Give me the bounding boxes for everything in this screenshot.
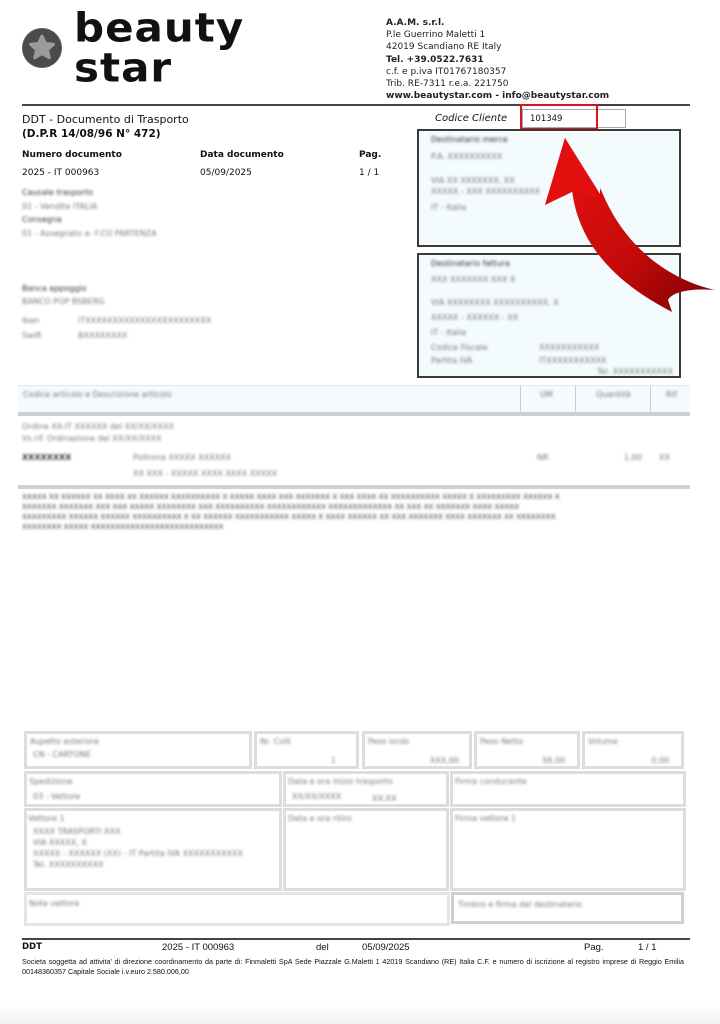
note-line: XXXXXXX XXXXXXX XXX XXX XXXXX XXXXXXXX X… bbox=[22, 502, 690, 512]
brand-logo: beauty star bbox=[22, 26, 342, 70]
footer-del-label: del bbox=[316, 942, 329, 953]
customer-order-reference: Vs.rif. Ordinazione del XX/XX/XXXX bbox=[22, 434, 162, 443]
gross-weight-value: XXX,00 bbox=[430, 756, 459, 765]
swift-value: BXXXXXXXX bbox=[78, 331, 127, 340]
item-code: XXXXXXXX bbox=[22, 453, 71, 462]
item-description-2: XX XXX - XXXXX XXXX XXXX XXXXX bbox=[133, 469, 277, 478]
note-line: XXXXX XX XXXXXX XX XXXX XX XXXXXX XXXXXX… bbox=[22, 492, 690, 502]
carrier-label: Vettore 1 bbox=[28, 814, 65, 823]
document-number-value: 2025 - IT 000963 bbox=[22, 168, 99, 178]
items-table-header: Codice articolo e Descrizione articolo U… bbox=[18, 385, 690, 416]
ship-to-line-2: VIA XX XXXXXXX, XX bbox=[431, 176, 515, 185]
footer-page-value: 1 / 1 bbox=[638, 942, 657, 953]
transport-start-date: XX/XX/XXXX bbox=[292, 792, 341, 801]
goods-appearance-label: Aspetto esteriore bbox=[30, 737, 99, 746]
volume-value: 0,00 bbox=[651, 756, 669, 765]
company-address-2: 42019 Scandiano RE Italy bbox=[386, 41, 609, 53]
shipping-label: Spedizione bbox=[29, 777, 73, 786]
tax-code-label: Codice Fiscale bbox=[431, 343, 488, 352]
document-subtitle: (D.P.R 14/08/96 N° 472) bbox=[22, 128, 161, 140]
tax-code-value: XXXXXXXXXXX bbox=[539, 343, 599, 352]
packages-label: Nr. Colli bbox=[260, 737, 291, 746]
header-quantity: Quantità bbox=[596, 390, 631, 399]
carrier-line: XXXXX - XXXXXX (XX) - IT Partita IVA XXX… bbox=[33, 849, 243, 858]
iban-value: ITXXXXXXXXXXXXXXXXXXXXXXX bbox=[78, 316, 211, 325]
bill-to-phone: Tel. XXXXXXXXXXX bbox=[597, 367, 673, 376]
carrier-box: Vettore 1 XXXX TRASPORTI XXX VIA XXXXX, … bbox=[24, 808, 282, 891]
recipient-signature-label: Timbro e firma del destinatario bbox=[458, 900, 582, 909]
item-ref: XX bbox=[659, 453, 670, 462]
carrier-notes-box: Note vettore bbox=[24, 892, 450, 926]
page-bottom-edge bbox=[0, 1005, 720, 1024]
ship-to-line-4: IT - Italia bbox=[431, 203, 466, 212]
star-in-circle-icon bbox=[22, 28, 62, 68]
transport-info-redacted: Causale trasporto 01 - Vendita ITALIA Co… bbox=[22, 186, 157, 240]
document-date-value: 05/09/2025 bbox=[200, 168, 252, 178]
bill-to-title: Destinatario fattura bbox=[431, 259, 510, 268]
item-um: NR bbox=[537, 453, 549, 462]
customer-code-highlight bbox=[520, 104, 598, 130]
document-date-label: Data documento bbox=[200, 150, 284, 160]
company-vat: c.f. e p.iva IT01767180357 bbox=[386, 66, 609, 78]
transport-reason-label: Causale trasporto bbox=[22, 186, 157, 200]
items-divider bbox=[18, 485, 690, 489]
net-weight-label: Peso Netto bbox=[480, 737, 523, 746]
driver-signature-box: Firma conducente bbox=[450, 771, 686, 807]
column-divider bbox=[650, 386, 651, 412]
note-line: XXXXXXXXX XXXXXX XXXXXX XXXXXXXXXX X XX … bbox=[22, 512, 690, 522]
carrier-line: Tel. XXXXXXXXXX bbox=[33, 860, 104, 869]
pickup-datetime-box: Data e ora ritiro bbox=[283, 808, 449, 891]
footer-divider bbox=[22, 938, 690, 940]
order-reference: Ordine XX-IT XXXXXX del XX/XX/XXXX bbox=[22, 422, 174, 431]
transport-reason-value: 01 - Vendita ITALIA bbox=[22, 200, 157, 214]
page-value: 1 / 1 bbox=[359, 168, 379, 178]
gross-weight-label: Peso lordo bbox=[368, 737, 409, 746]
header-um: UM bbox=[540, 390, 553, 399]
document-title: DDT - Documento di Trasporto bbox=[22, 113, 189, 126]
delivery-label: Consegna bbox=[22, 213, 157, 227]
carrier-line: XXXX TRASPORTI XXX bbox=[33, 827, 120, 836]
shipping-box: Spedizione 03 - Vettore bbox=[24, 771, 282, 807]
bill-to-line-1: XXX XXXXXXX XXX X bbox=[431, 275, 515, 284]
header-ref: Rif. bbox=[666, 390, 679, 399]
item-quantity: 1,00 bbox=[624, 453, 642, 462]
volume-label: Volume bbox=[588, 737, 618, 746]
net-weight-value: 58,00 bbox=[542, 756, 565, 765]
bank-label: Banca appoggio bbox=[22, 284, 87, 293]
vat-label: Partita IVA bbox=[431, 356, 472, 365]
recipient-signature-box: Timbro e firma del destinatario bbox=[451, 892, 684, 924]
gross-weight-box: Peso lordo XXX,00 bbox=[362, 731, 472, 769]
transport-start-label: Data e ora inizio trasporto bbox=[288, 777, 393, 786]
ship-to-line-1: P.A. XXXXXXXXXX bbox=[431, 152, 502, 161]
transport-start-box: Data e ora inizio trasporto XX/XX/XXXX X… bbox=[283, 771, 449, 807]
header-description: Codice articolo e Descrizione articolo bbox=[23, 390, 172, 399]
ship-to-line-3: XXXXX - XXX XXXXXXXXXX bbox=[431, 187, 540, 196]
bill-to-line-3: XXXXX - XXXXXX - XX bbox=[431, 313, 518, 322]
brand-name: beauty star bbox=[74, 8, 342, 88]
net-weight-box: Peso Netto 58,00 bbox=[474, 731, 580, 769]
carrier-notes-label: Note vettore bbox=[29, 899, 79, 908]
company-name: A.A.M. s.r.l. bbox=[386, 17, 609, 29]
footer-date: 05/09/2025 bbox=[362, 942, 410, 953]
shipping-value: 03 - Vettore bbox=[33, 792, 80, 801]
vat-value: ITXXXXXXXXXXX bbox=[539, 356, 607, 365]
carrier-line: VIA XXXXX, X bbox=[33, 838, 87, 847]
document-number-label: Numero documento bbox=[22, 150, 122, 160]
item-description: Poltrona XXXXX XXXXXX bbox=[133, 453, 231, 462]
ship-to-title: Destinatario merce bbox=[431, 135, 508, 144]
footer-doc-number: 2025 - IT 000963 bbox=[162, 942, 234, 953]
transport-start-time: XX:XX bbox=[372, 794, 397, 803]
note-line: XXXXXXXX XXXXX XXXXXXXXXXXXXXXXXXXXXXXXX… bbox=[22, 522, 690, 532]
bill-to-line-4: IT - Italia bbox=[431, 328, 466, 337]
volume-box: Volume 0,00 bbox=[582, 731, 684, 769]
company-address-1: P.le Guerrino Maletti 1 bbox=[386, 29, 609, 41]
customer-code-label: Codice Cliente bbox=[435, 113, 507, 124]
legal-notes-redacted: XXXXX XX XXXXXX XX XXXX XX XXXXXX XXXXXX… bbox=[22, 492, 690, 532]
footer-doc-label: DDT bbox=[22, 942, 42, 952]
delivery-value: 01 - Assegnato a: F.CO PARTENZA bbox=[22, 227, 157, 241]
footer-legal-note: Societa soggetta ad attivita' di direzio… bbox=[22, 957, 684, 977]
page-label: Pag. bbox=[359, 150, 381, 160]
iban-label: Iban bbox=[22, 316, 39, 325]
company-registry: Trib. RE-7311 r.e.a. 221750 bbox=[386, 78, 609, 90]
column-divider bbox=[575, 386, 576, 412]
driver-signature-label: Firma conducente bbox=[455, 777, 527, 786]
company-phone: Tel. +39.0522.7631 bbox=[386, 54, 609, 66]
column-divider bbox=[520, 386, 521, 412]
curved-arrow-up-icon bbox=[540, 130, 720, 320]
goods-appearance-box: Aspetto esteriore CN - CARTONE bbox=[24, 731, 252, 769]
packages-box: Nr. Colli 1 bbox=[254, 731, 359, 769]
goods-appearance-value: CN - CARTONE bbox=[33, 750, 91, 759]
footer-page-label: Pag. bbox=[584, 942, 604, 953]
swift-label: Swift bbox=[22, 331, 42, 340]
pickup-datetime-label: Data e ora ritiro bbox=[288, 814, 352, 823]
carrier-signature-label: Firma vettore 1 bbox=[455, 814, 516, 823]
carrier-signature-box: Firma vettore 1 bbox=[450, 808, 686, 891]
company-web[interactable]: www.beautystar.com - info@beautystar.com bbox=[386, 90, 609, 102]
company-info: A.A.M. s.r.l. P.le Guerrino Maletti 1 42… bbox=[386, 17, 609, 102]
packages-value: 1 bbox=[331, 756, 336, 765]
bank-name: BANCO POP BSBERG bbox=[22, 297, 105, 306]
